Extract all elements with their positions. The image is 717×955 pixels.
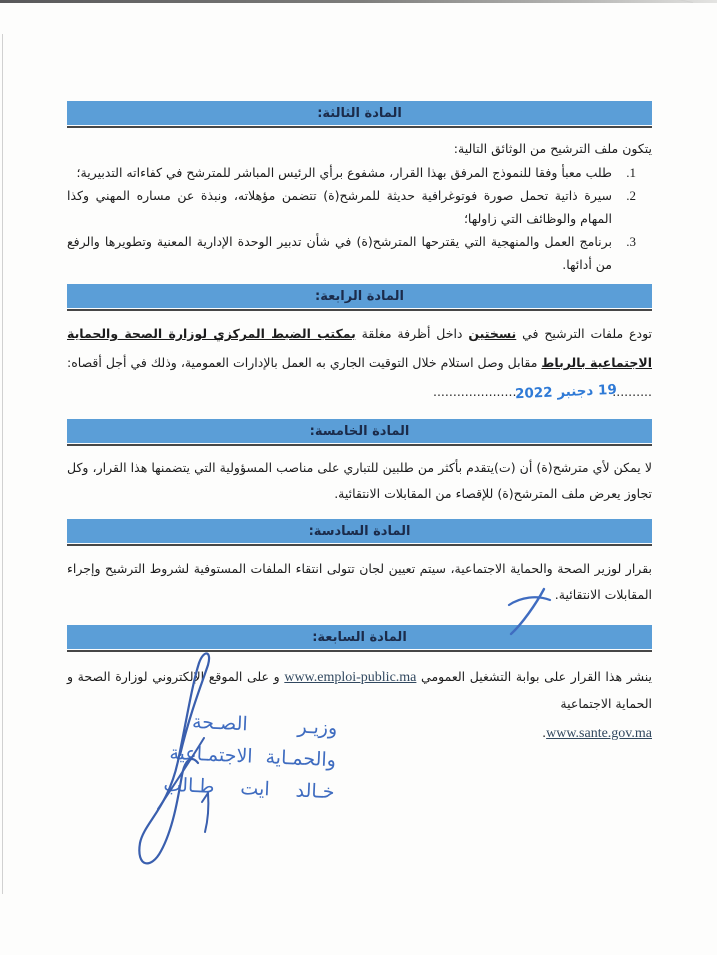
list-number: 2. <box>621 184 636 230</box>
article-3-section: المادة الثالثة: يتكون ملف الترشيح من الو… <box>67 101 652 276</box>
article-6-paragraph: بقرار لوزير الصحة والحماية الاجتماعية، س… <box>67 556 652 608</box>
scan-artifact-top-edge <box>0 0 717 3</box>
header-underline <box>67 544 652 546</box>
header-underline <box>67 126 652 128</box>
list-text: طلب معبأ وفقا للنموذج المرفق بهذا القرار… <box>67 161 612 184</box>
dotted-leader: .......... <box>612 384 652 399</box>
article-6-header-bar: المادة السادسة: <box>67 519 652 543</box>
scanned-document-page: المادة الثالثة: يتكون ملف الترشيح من الو… <box>0 0 717 955</box>
article-3-header-bar: المادة الثالثة: <box>67 101 652 125</box>
emploi-public-link[interactable]: www.emploi-public.ma <box>284 670 416 685</box>
article-3-intro: يتكون ملف الترشيح من الوثائق التالية: <box>67 137 652 160</box>
publication-text-before: ينشر هذا القرار على بوابة التشغيل العموم… <box>416 669 652 684</box>
list-item-2: 2. سيرة ذاتية تحمل صورة فوتوغرافية حديثة… <box>67 184 636 230</box>
pen-checkmark-icon <box>504 584 552 636</box>
header-underline <box>67 444 652 446</box>
list-number: 3. <box>621 230 636 276</box>
list-number: 1. <box>621 161 636 184</box>
sante-gov-link[interactable]: www.sante.gov.ma <box>546 726 652 741</box>
handwritten-date-stamp: 19 دجنبر 2022 <box>515 376 618 409</box>
article-4-paragraph: تودع ملفات الترشيح في نسختين داخل أظرفة … <box>67 319 652 407</box>
article-5-header-bar: المادة الخامسة: <box>67 419 652 443</box>
text-segment: مقابل وصل استلام خلال التوقيت الجاري به … <box>67 355 541 370</box>
article-6-section: المادة السادسة: بقرار لوزير الصحة والحما… <box>67 519 652 608</box>
article-5-section: المادة الخامسة: لا يمكن لأي مترشح(ة) أن … <box>67 419 652 507</box>
list-text: برنامج العمل والمنهجية التي يقترحها المت… <box>67 230 612 276</box>
article-4-header-bar: المادة الرابعة: <box>67 284 652 308</box>
signature-scribble <box>118 643 238 878</box>
header-underline <box>67 309 652 311</box>
list-item-3: 3. برنامج العمل والمنهجية التي يقترحها ا… <box>67 230 636 276</box>
article-7-title: المادة السابعة: <box>312 630 407 645</box>
article-6-title: المادة السادسة: <box>309 524 411 539</box>
dotted-leader: ...................... <box>433 384 520 399</box>
scan-artifact-left-edge <box>2 34 3 894</box>
list-text: سيرة ذاتية تحمل صورة فوتوغرافية حديثة لل… <box>67 184 612 230</box>
text-segment: داخل أظرفة مغلقة <box>356 326 469 341</box>
article-3-title: المادة الثالثة: <box>317 106 402 121</box>
documents-list: 1. طلب معبأ وفقا للنموذج المرفق بهذا الق… <box>67 161 652 276</box>
text-segment: نسختين <box>468 326 516 341</box>
text-segment: تودع ملفات الترشيح في <box>516 326 652 341</box>
article-4-title: المادة الرابعة: <box>315 289 404 304</box>
article-5-title: المادة الخامسة: <box>310 424 410 439</box>
article-5-paragraph: لا يمكن لأي مترشح(ة) أن (ت)يتقدم بأكثر م… <box>67 455 652 507</box>
article-4-section: المادة الرابعة: تودع ملفات الترشيح في نس… <box>67 284 652 407</box>
list-item-1: 1. طلب معبأ وفقا للنموذج المرفق بهذا الق… <box>67 161 636 184</box>
